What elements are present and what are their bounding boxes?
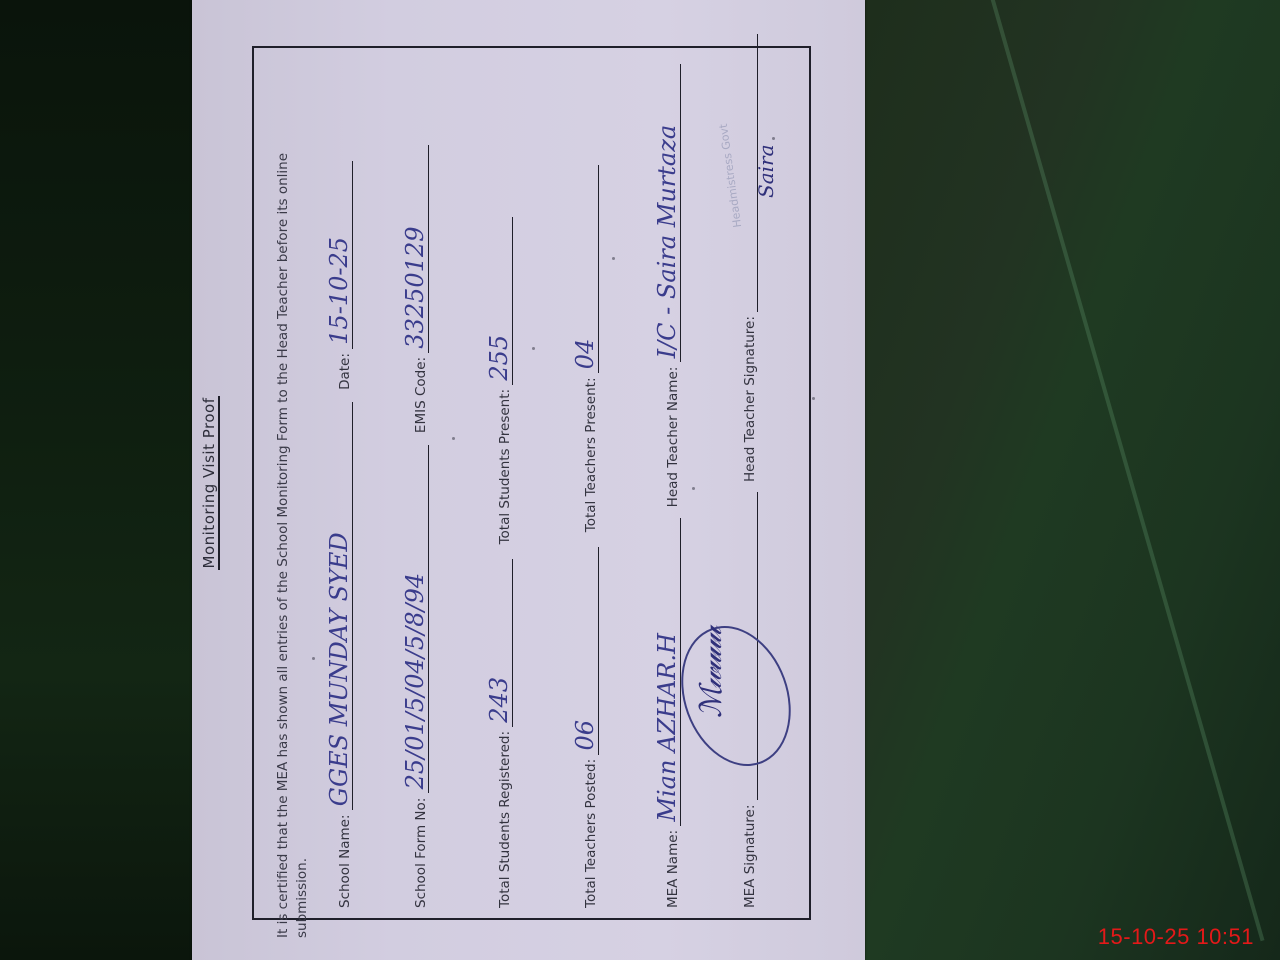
head-teacher-name-label: Head Teacher Name: (665, 367, 681, 508)
school-name-label: School Name: (337, 815, 353, 909)
emis-code-label: EMIS Code: (413, 357, 429, 433)
head-teacher-name-value: I/C - Saira Murtaza (654, 64, 681, 362)
school-form-no-label: School Form No: (413, 798, 429, 908)
speck (452, 437, 455, 440)
emis-code-value: 33250129 (402, 145, 429, 353)
camera-timestamp: 15-10-25 10:51 (1098, 924, 1254, 950)
school-form-no-value: 25/01/5/04/5/8/94 (402, 445, 429, 793)
row-school-form: School Form No: 25/01/5/04/5/8/94 EMIS C… (402, 145, 429, 908)
row-names: MEA Name: Mian AZHAR.H Head Teacher Name… (654, 64, 681, 908)
mea-name-value: Mian AZHAR.H (654, 518, 681, 826)
school-name-value: GGES MUNDAY SYED (326, 402, 353, 810)
students-registered-label: Total Students Registered: (497, 731, 513, 908)
mea-name-label: MEA Name: (665, 830, 681, 908)
speck (612, 257, 615, 260)
row-teachers: Total Teachers Posted: 06 Total Teachers… (572, 165, 599, 908)
teachers-posted-label: Total Teachers Posted: (583, 759, 599, 908)
row-students: Total Students Registered: 243 Total Stu… (486, 217, 513, 908)
form-border: Monitoring Visit Proof It is certified t… (252, 46, 811, 920)
speck (772, 137, 775, 140)
rotated-form-page: Monitoring Visit Proof It is certified t… (192, 0, 865, 960)
head-teacher-signature-scribble: Saira (754, 144, 778, 198)
mea-signature-label: MEA Signature: (742, 805, 758, 908)
mea-signature-circle (663, 611, 810, 782)
teachers-present-label: Total Teachers Present: (583, 378, 599, 533)
speck (532, 347, 535, 350)
background-surface-right (865, 0, 1280, 960)
teachers-present-value: 04 (572, 165, 599, 373)
paper-sheet: Monitoring Visit Proof It is certified t… (192, 0, 865, 960)
head-teacher-signature-label: Head Teacher Signature: (742, 316, 758, 482)
date-label: Date: (337, 353, 353, 390)
speck (312, 657, 315, 660)
faint-stamp: Headmistress Govt (717, 123, 744, 228)
form-title: Monitoring Visit Proof (200, 48, 218, 918)
teachers-posted-value: 06 (572, 547, 599, 755)
students-present-value: 255 (486, 217, 513, 385)
speck (812, 397, 815, 400)
students-present-label: Total Students Present: (497, 389, 513, 545)
background-surface-left (0, 0, 195, 960)
speck (692, 487, 695, 490)
mea-signature-scribble: ℳ𝓌𝓊𝓊𝓊 (694, 629, 729, 718)
row-school-name: School Name: GGES MUNDAY SYED Date: 15-1… (326, 161, 353, 908)
certification-statement: It is certified that the MEA has shown a… (274, 98, 312, 938)
students-registered-value: 243 (486, 559, 513, 727)
date-value: 15-10-25 (326, 161, 353, 349)
